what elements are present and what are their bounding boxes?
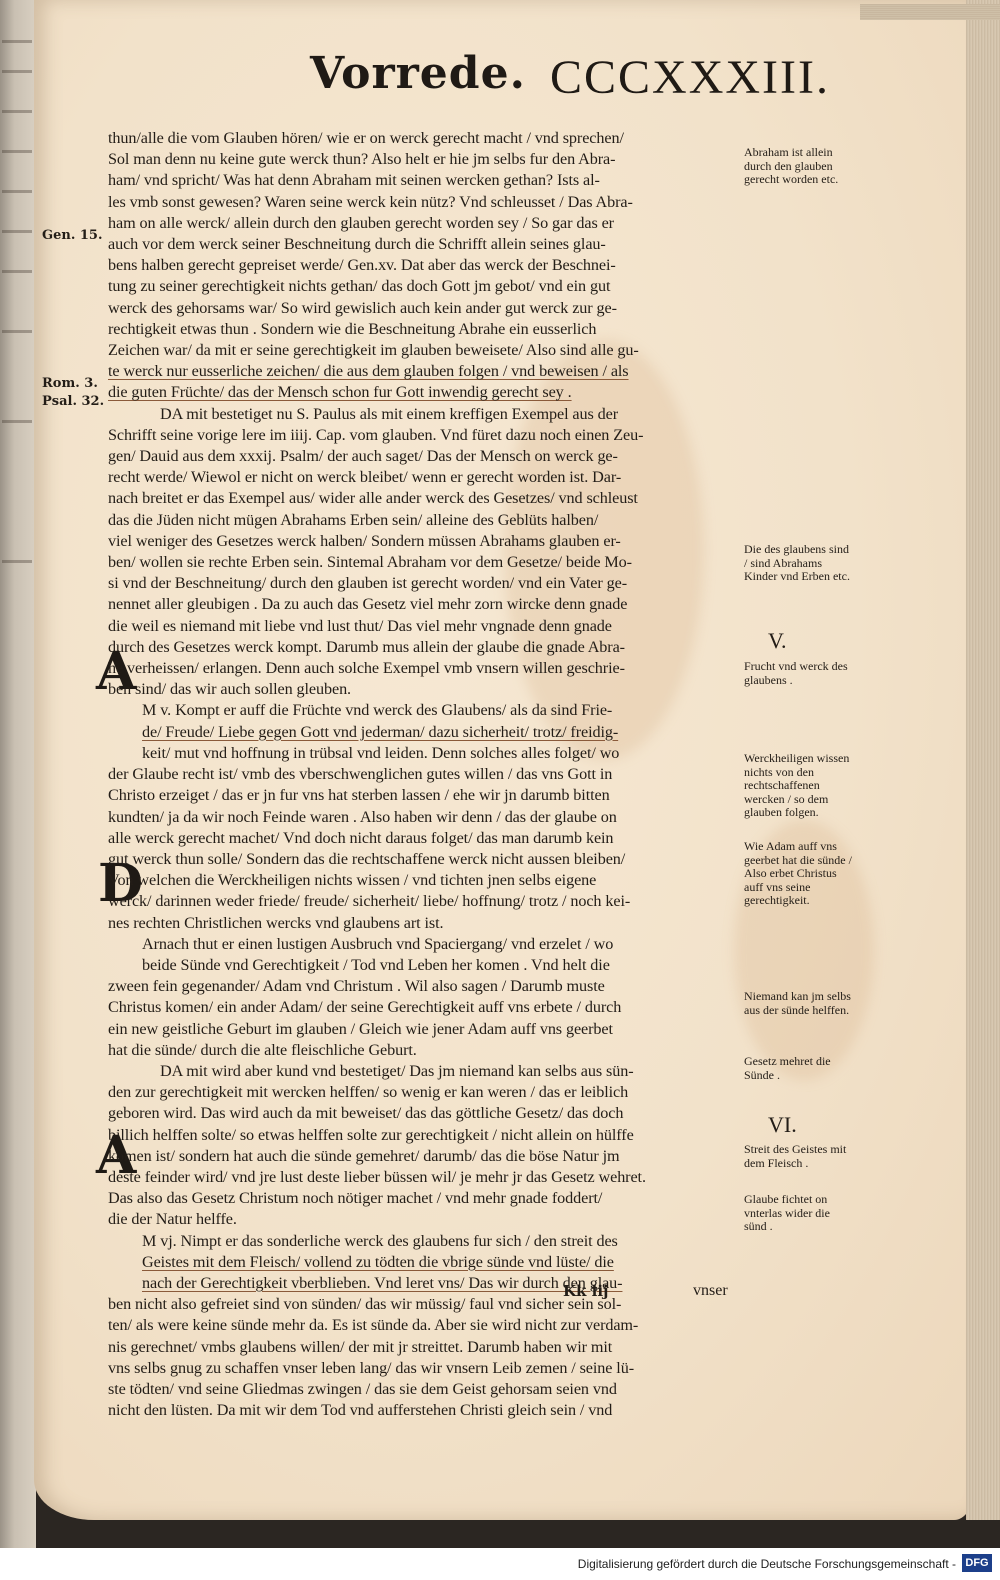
section-number: V. bbox=[768, 628, 787, 654]
text-line: Von welchen die Werckheiligen nichts wis… bbox=[108, 870, 748, 891]
text-line: Christus komen/ ein ander Adam/ der sein… bbox=[108, 997, 748, 1018]
margin-note-left: Rom. 3. bbox=[42, 376, 98, 391]
running-title: Vorrede. bbox=[310, 48, 526, 99]
page-edges-top bbox=[860, 4, 1000, 20]
text-line-underlined: te werck nur eusserliche zeichen/ die au… bbox=[108, 361, 748, 382]
text-line: nicht den lüsten. Da mit wir dem Tod vnd… bbox=[108, 1400, 748, 1421]
folio-number: CCCXXXIII. bbox=[550, 50, 830, 105]
text-line: nis gerechnet/ vmbs glaubens willen/ der… bbox=[108, 1337, 748, 1358]
text-line: gen/ Dauid aus dem xxxij. Psalm/ der auc… bbox=[108, 446, 748, 467]
text-line: he verheissen/ erlangen. Denn auch solch… bbox=[108, 658, 748, 679]
text-line: der Glaube recht ist/ vmb des vberschwen… bbox=[108, 764, 748, 785]
margin-note-right: Gesetz mehret die Sünde . bbox=[744, 1055, 854, 1082]
text-line: hat die sünde/ durch die alte fleischlic… bbox=[108, 1040, 748, 1061]
margin-note-right: Glaube fichtet on vnterlas wider die sün… bbox=[744, 1193, 854, 1234]
text-line: nach breitet er das Exempel aus/ wider a… bbox=[108, 488, 748, 509]
text-line: durch des Gesetzes werck kompt. Darumb m… bbox=[108, 637, 748, 658]
text-line: si vnd der Beschneitung/ durch den glaub… bbox=[108, 573, 748, 594]
text-line: DA mit wird aber kund vnd bestetiget/ Da… bbox=[108, 1061, 748, 1082]
text-line: nes rechten Christlichen wercks vnd glau… bbox=[108, 913, 748, 934]
text-line: Schrifft seine vorige lere im iiij. Cap.… bbox=[108, 425, 748, 446]
text-line: keit/ mut vnd hoffnung in trübsal vnd le… bbox=[108, 743, 748, 764]
body-text: thun/alle die vom Glauben hören/ wie er … bbox=[108, 128, 748, 1421]
text-line: viel weniger des Gesetzes werck halben/ … bbox=[108, 531, 748, 552]
text-line: auch vor dem werck seiner Beschneitung d… bbox=[108, 234, 748, 255]
text-line: tung zu seiner gerechtigkeit nichts geth… bbox=[108, 276, 748, 297]
text-line: DA mit bestetiget nu S. Paulus als mit e… bbox=[108, 404, 748, 425]
text-line: bens halben gerecht gepreiset werde/ Gen… bbox=[108, 255, 748, 276]
facing-page-edge bbox=[0, 0, 36, 1548]
text-line: thun/alle die vom Glauben hören/ wie er … bbox=[108, 128, 748, 149]
text-line: les vmb sonst gewesen? Waren seine werck… bbox=[108, 192, 748, 213]
margin-note-left: Psal. 32. bbox=[42, 394, 104, 409]
book-scan: Vorrede. CCCXXXIII. Gen. 15. Rom. 3. Psa… bbox=[0, 0, 1000, 1548]
margin-note-left: Gen. 15. bbox=[42, 228, 103, 243]
dfg-logo: DFG bbox=[962, 1554, 992, 1572]
text-line: alle werck gerecht machet/ Vnd doch nich… bbox=[108, 828, 748, 849]
text-line: ham on alle werck/ allein durch den glau… bbox=[108, 213, 748, 234]
text-line: recht werde/ Wiewol er nicht on werck bl… bbox=[108, 467, 748, 488]
signature-line: Kk iij vnser bbox=[108, 1282, 748, 1304]
text-line: billich helffen solte/ so etwas helffen … bbox=[108, 1125, 748, 1146]
text-line: rechtigkeit etwas thun . Sondern wie die… bbox=[108, 319, 748, 340]
text-line: Sol man denn nu keine gute werck thun? A… bbox=[108, 149, 748, 170]
text-line-underlined: de/ Freude/ Liebe gegen Gott vnd jederma… bbox=[108, 722, 748, 743]
text-line: Arnach thut er einen lustigen Ausbruch v… bbox=[108, 934, 748, 955]
text-line: komen ist/ sondern hat auch die sünde ge… bbox=[108, 1146, 748, 1167]
text-line: M vj. Nimpt er das sonderliche werck des… bbox=[108, 1231, 748, 1252]
margin-note-right: Abraham ist allein durch den glauben ger… bbox=[744, 146, 854, 187]
text-line: ben/ wollen sie rechte Erben sein. Sinte… bbox=[108, 552, 748, 573]
section-number: VI. bbox=[768, 1112, 797, 1138]
text-line: beide Sünde vnd Gerechtigkeit / Tod vnd … bbox=[108, 955, 748, 976]
footer-bar: Digitalisierung gefördert durch die Deut… bbox=[0, 1548, 1000, 1580]
text-line: ste tödten/ vnd seine Gliedmas zwingen /… bbox=[108, 1379, 748, 1400]
text-line-underlined: Geistes mit dem Fleisch/ vollend zu tödt… bbox=[108, 1252, 748, 1273]
catchword: vnser bbox=[693, 1282, 728, 1300]
text-line: die der Natur helffe. bbox=[108, 1209, 748, 1230]
text-line: nennet aller gleubigen . Da zu auch das … bbox=[108, 594, 748, 615]
text-line: das die Jüden nicht mügen Abrahams Erben… bbox=[108, 510, 748, 531]
text-line: die weil es niemand mit liebe vnd lust t… bbox=[108, 616, 748, 637]
margin-note-right: Niemand kan jm selbs aus der sünde helff… bbox=[744, 990, 854, 1017]
text-line: ten/ als were keine sünde mehr da. Es is… bbox=[108, 1315, 748, 1336]
text-line: Zeichen war/ da mit er seine gerechtigke… bbox=[108, 340, 748, 361]
margin-note-right: Streit des Geistes mit dem Fleisch . bbox=[744, 1143, 854, 1170]
text-line: gut werck thun solle/ Sondern das die re… bbox=[108, 849, 748, 870]
text-line: ham/ vnd spricht/ Was hat denn Abraham m… bbox=[108, 170, 748, 191]
page-edges bbox=[966, 0, 1000, 1520]
text-line: ein new geistliche Geburt im glauben / G… bbox=[108, 1019, 748, 1040]
margin-note-right: Frucht vnd werck des glaubens . bbox=[744, 660, 854, 687]
text-line: geboren wird. Das wird auch da mit bewei… bbox=[108, 1103, 748, 1124]
text-line: ben sind/ das wir auch sollen gleuben. bbox=[108, 679, 748, 700]
text-line: deste feinder wird/ vnd jre lust deste l… bbox=[108, 1167, 748, 1188]
margin-note-right: Die des glaubens sind / sind Abrahams Ki… bbox=[744, 543, 854, 584]
text-line: zween fein gegenander/ Adam vnd Christum… bbox=[108, 976, 748, 997]
text-line: werck des gehorsams war/ So wird gewisli… bbox=[108, 298, 748, 319]
margin-note-right: Werckheiligen wissen nichts von den rech… bbox=[744, 752, 854, 820]
text-line: Das also das Gesetz Christum noch nötige… bbox=[108, 1188, 748, 1209]
text-line: den zur gerechtigkeit mit wercken helffe… bbox=[108, 1082, 748, 1103]
text-line-underlined: die guten Früchte/ das der Mensch schon … bbox=[108, 382, 748, 403]
signature-mark: Kk iij bbox=[563, 1282, 608, 1300]
text-line: kundten/ ja da wir noch Feinde waren . A… bbox=[108, 807, 748, 828]
text-line: Christo erzeiget / das er jn fur vns hat… bbox=[108, 785, 748, 806]
funding-credit: Digitalisierung gefördert durch die Deut… bbox=[578, 1557, 956, 1571]
text-line: M v. Kompt er auff die Früchte vnd werck… bbox=[108, 700, 748, 721]
text-line: vns selbs gnug zu schaffen vnser leben l… bbox=[108, 1358, 748, 1379]
page-header: Vorrede. CCCXXXIII. bbox=[300, 48, 840, 118]
margin-note-right: Wie Adam auff vns geerbet hat die sünde … bbox=[744, 840, 854, 908]
text-line: werck/ darinnen weder friede/ freude/ si… bbox=[108, 891, 748, 912]
